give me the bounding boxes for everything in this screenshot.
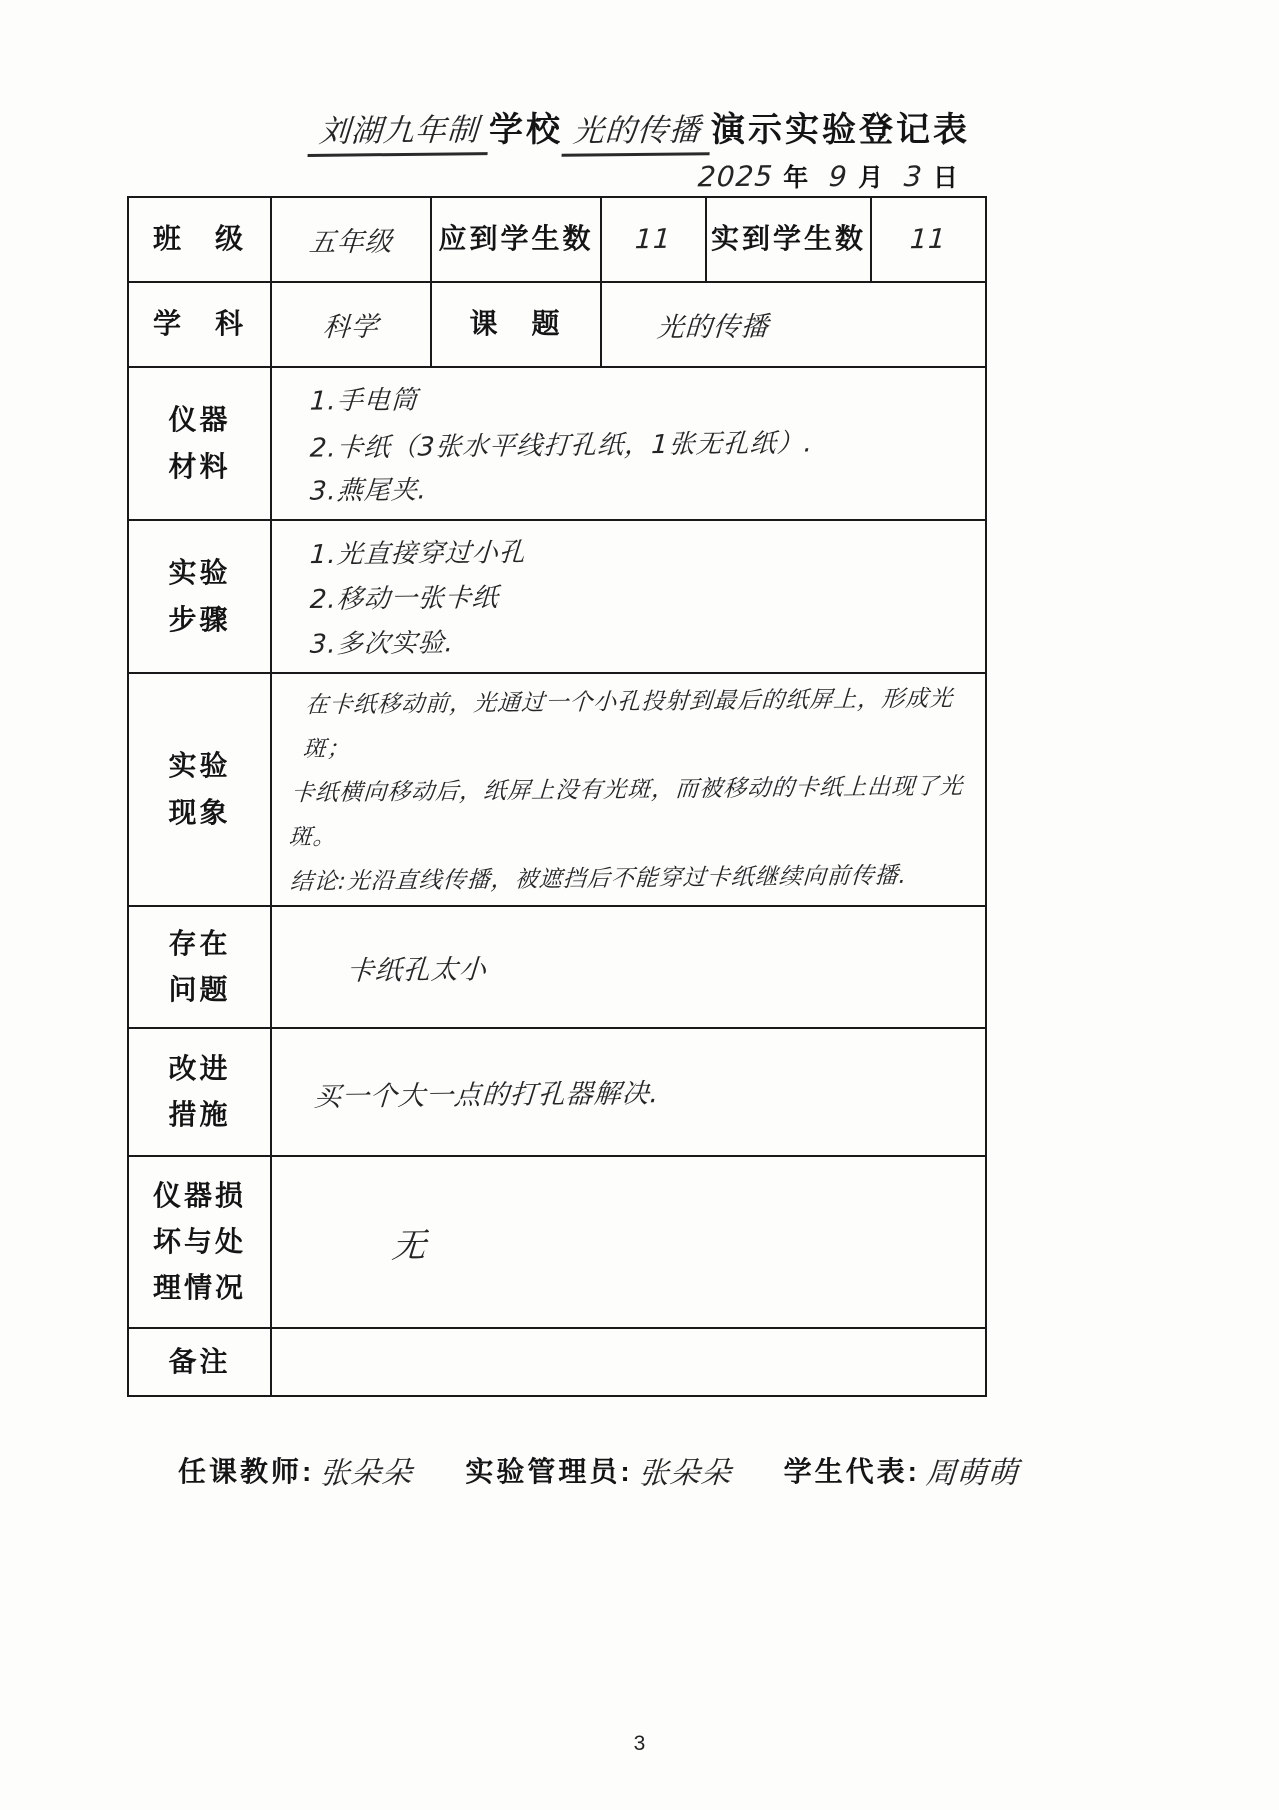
phenomena-label-cell: 实验 现象 (128, 673, 271, 906)
class-value-handwritten: 五年级 (308, 220, 394, 260)
date-day-label: 日 (933, 164, 960, 192)
improvements-value-handwritten: 买一个大一点的打孔器解决. (313, 1071, 661, 1114)
remarks-row: 备注 (128, 1328, 986, 1396)
class-value-cell: 五年级 (271, 197, 431, 282)
materials-line-2-handwritten: 2.卡纸（3张水平线打孔纸，1张无孔纸）. (309, 421, 815, 470)
class-label-cell: 班 级 (128, 197, 271, 282)
steps-line-2-handwritten: 2.移动一张卡纸 (309, 576, 500, 622)
page-number: 3 (0, 1732, 1279, 1756)
materials-row: 仪器 材料 1.手电筒 2.卡纸（3张水平线打孔纸，1张无孔纸）. 3.燕尾夹. (128, 367, 986, 520)
class-row: 班 级 五年级 应到学生数 11 实到学生数 11 (128, 197, 986, 282)
materials-line-1-handwritten: 1.手电筒 (309, 378, 419, 423)
form-title: 刘湖九年制学校光的传播演示实验登记表 (0, 102, 1279, 156)
date-month-handwritten: 9 (818, 160, 859, 193)
lab-manager-label: 实验管理员: (465, 1450, 632, 1490)
date-year-label: 年 (783, 164, 810, 192)
subject-label-cell: 学 科 (128, 282, 271, 367)
remarks-content-cell (271, 1328, 986, 1396)
improvements-row: 改进 措施 买一个大一点的打孔器解决. (128, 1028, 986, 1156)
phenomena-line-1-handwritten: 在卡纸移动前，光通过一个小孔投射到最后的纸屏上，形成光斑； (301, 676, 973, 771)
expected-students-handwritten: 11 (634, 224, 672, 255)
expected-students-label-cell: 应到学生数 (431, 197, 601, 282)
date-year-handwritten: 2025 (687, 159, 784, 193)
student-representative-label: 学生代表: (784, 1450, 920, 1490)
expected-students-value-cell: 11 (601, 197, 706, 282)
steps-label-cell: 实验 步骤 (128, 520, 271, 673)
phenomena-line-2-handwritten: 卡纸横向移动后，纸屏上没有光斑，而被移动的卡纸上出现了光斑。 (287, 764, 973, 859)
topic-value-cell: 光的传播 (601, 282, 986, 367)
materials-content-cell: 1.手电筒 2.卡纸（3张水平线打孔纸，1张无孔纸）. 3.燕尾夹. (271, 367, 986, 520)
improvements-label-cell: 改进 措施 (128, 1028, 271, 1156)
improvements-content-cell: 买一个大一点的打孔器解决. (271, 1028, 986, 1156)
problems-content-cell: 卡纸孔太小 (271, 906, 986, 1028)
teacher-label: 任课教师: (178, 1450, 314, 1490)
date-day-handwritten: 3 (893, 160, 934, 193)
materials-label-cell: 仪器 材料 (128, 367, 271, 520)
materials-line-3-handwritten: 3.燕尾夹. (309, 468, 429, 513)
title-suffix: 演示实验登记表 (711, 111, 970, 149)
experiment-topic-handwritten: 光的传播 (561, 104, 712, 157)
phenomena-content-cell: 在卡纸移动前，光通过一个小孔投射到最后的纸屏上，形成光斑； 卡纸横向移动后，纸屏… (271, 673, 986, 906)
actual-students-value-cell: 11 (871, 197, 986, 282)
damage-row: 仪器损 坏与处 理情况 无 (128, 1156, 986, 1328)
signature-line: 任课教师: 张朵朵 实验管理员: 张朵朵 学生代表: 周萌萌 (178, 1448, 1025, 1492)
damage-value-handwritten: 无 (391, 1217, 429, 1266)
date-line: 2025年 9月 3日 (688, 158, 960, 194)
date-month-label: 月 (858, 164, 885, 192)
experiment-form-table: 班 级 五年级 应到学生数 11 实到学生数 11 学 科 科学 课 题 光的传… (127, 196, 987, 1397)
actual-students-label-cell: 实到学生数 (706, 197, 871, 282)
steps-content-cell: 1.光直接穿过小孔 2.移动一张卡纸 3.多次实验. (271, 520, 986, 673)
damage-label-cell: 仪器损 坏与处 理情况 (128, 1156, 271, 1328)
subject-row: 学 科 科学 课 题 光的传播 (128, 282, 986, 367)
topic-label-cell: 课 题 (431, 282, 601, 367)
damage-content-cell: 无 (271, 1156, 986, 1328)
problems-value-handwritten: 卡纸孔太小 (346, 947, 488, 987)
actual-students-handwritten: 11 (909, 224, 947, 255)
student-representative-signature-handwritten: 周萌萌 (919, 1447, 1027, 1492)
problems-row: 存在 问题 卡纸孔太小 (128, 906, 986, 1028)
steps-line-3-handwritten: 3.多次实验. (309, 621, 456, 667)
subject-value-handwritten: 科学 (322, 305, 380, 345)
phenomena-line-3-handwritten: 结论:光沿直线传播，被遮挡后不能穿过卡纸继续向前传播. (289, 854, 909, 904)
school-name-handwritten: 刘湖九年制 (307, 104, 490, 157)
topic-value-handwritten: 光的传播 (656, 304, 770, 344)
school-suffix: 学校 (489, 111, 563, 149)
subject-value-cell: 科学 (271, 282, 431, 367)
scanned-page: 刘湖九年制学校光的传播演示实验登记表 2025年 9月 3日 班 级 五年级 应… (0, 0, 1279, 1810)
problems-label-cell: 存在 问题 (128, 906, 271, 1028)
teacher-signature-handwritten: 张朵朵 (313, 1447, 421, 1492)
remarks-label-cell: 备注 (128, 1328, 271, 1396)
phenomena-row: 实验 现象 在卡纸移动前，光通过一个小孔投射到最后的纸屏上，形成光斑； 卡纸横向… (128, 673, 986, 906)
lab-manager-signature-handwritten: 张朵朵 (631, 1447, 739, 1492)
steps-row: 实验 步骤 1.光直接穿过小孔 2.移动一张卡纸 3.多次实验. (128, 520, 986, 673)
steps-line-1-handwritten: 1.光直接穿过小孔 (309, 531, 527, 577)
